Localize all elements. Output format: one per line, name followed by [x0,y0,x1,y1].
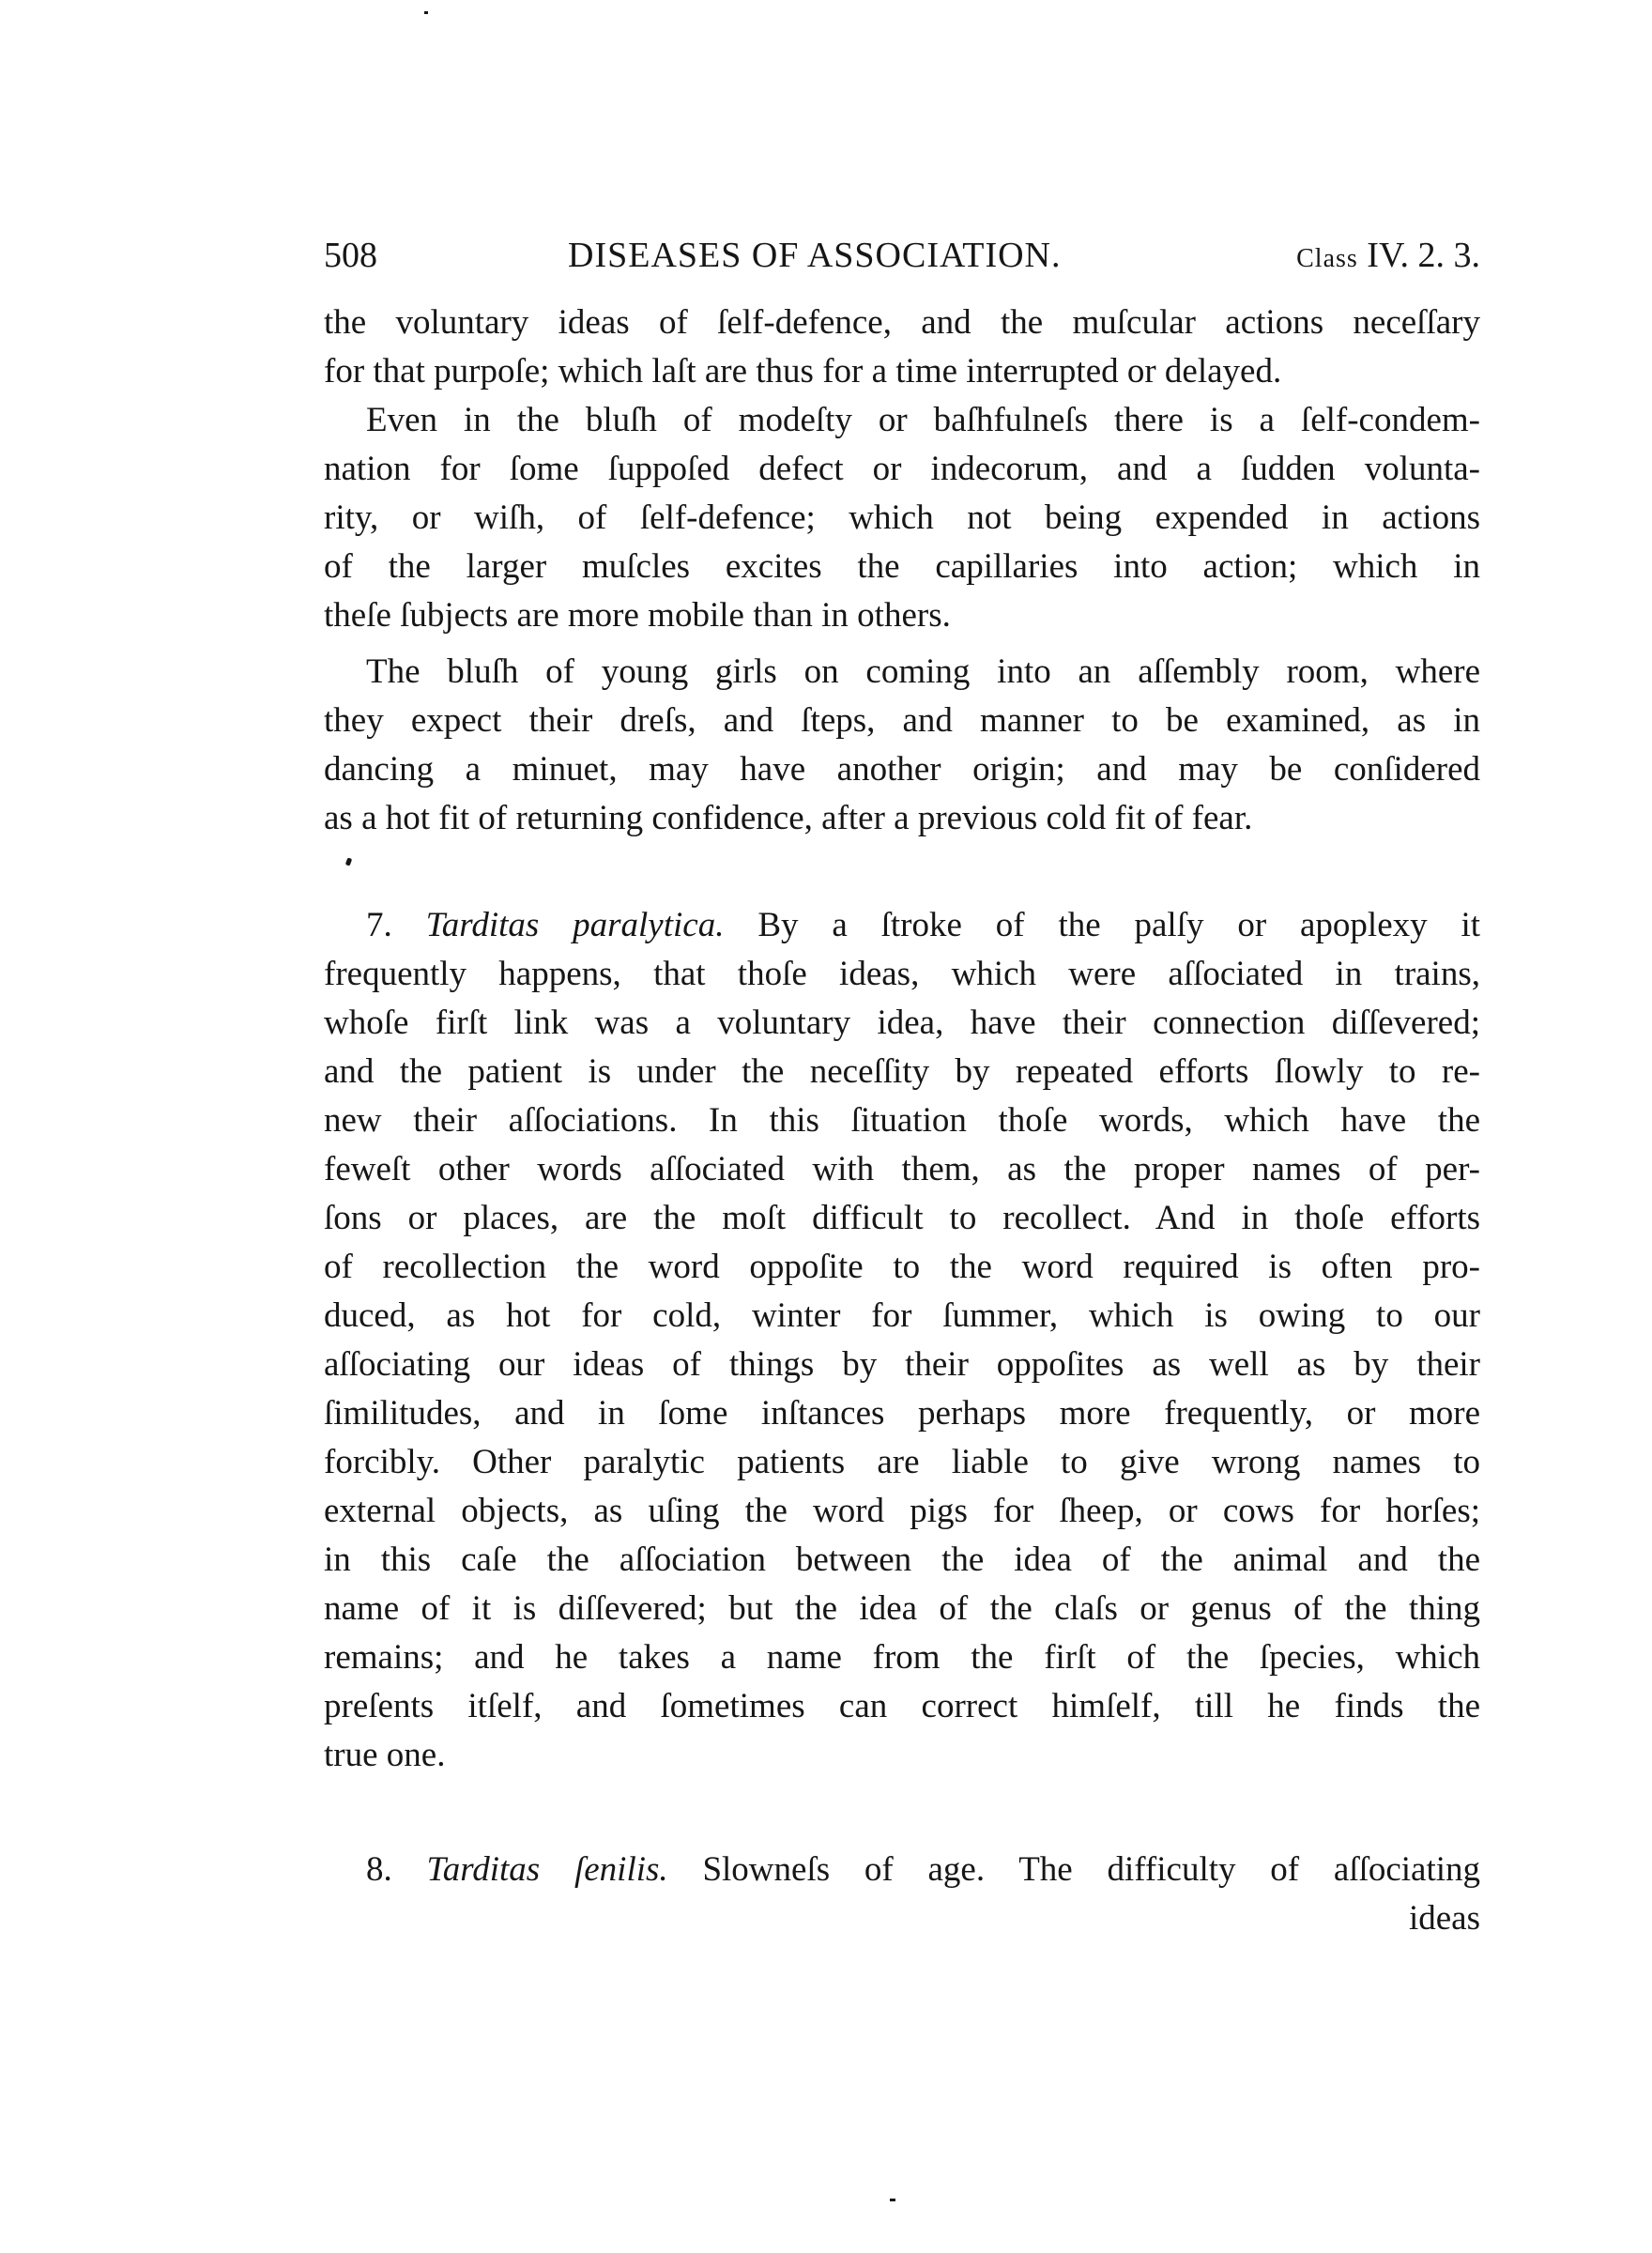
running-head: 508 DISEASES OF ASSOCIATION. Class IV. 2… [324,227,1480,284]
class-reference: Class IV. 2. 3. [1296,227,1480,287]
section-text: By a ſtroke of the palſy or apoplexy it [757,906,1480,944]
text-line: true one. [324,1731,1480,1780]
text-line: preſents itſelf, and ſometimes can corre… [324,1682,1480,1731]
text-line: external objects, as uſing the word pigs… [324,1487,1480,1536]
scan-speck-bottom [890,2199,895,2201]
catchword: ideas [324,1894,1480,1943]
section-text: Slowneſs of age. The difficulty of aſſoc… [702,1850,1480,1889]
text-line: and the patient is under the neceſſity b… [324,1048,1480,1096]
text-line: for that purpoſe; which laſt are thus fo… [324,347,1480,396]
text-line: ſons or places, are the moſt difficult t… [324,1194,1480,1243]
section-number: 8. [366,1850,392,1889]
text-line: Even in the bluſh of modeſty or baſhfuln… [366,396,1480,445]
text-line: rity, or wiſh, of ſelf-defence; which no… [324,494,1480,543]
section-first-line: 8. Tarditas ſenilis. Slowneſs of age. Th… [366,1846,1480,1894]
page-number: 508 [324,227,377,284]
text-line: dancing a minuet, may have another origi… [324,745,1480,794]
class-label: Class [1296,244,1358,273]
class-number: IV. 2. 3. [1367,236,1480,275]
text-line: frequently happens, that thoſe ideas, wh… [324,950,1480,999]
text-line: remains; and he takes a name from the fi… [324,1633,1480,1682]
text-line: as a hot fit of returning confidence, af… [324,794,1480,843]
text-line: of recollection the word oppoſite to the… [324,1243,1480,1292]
section-first-line: 7. Tarditas paralytica. By a ſtroke of t… [366,901,1480,950]
scan-speck-mid [345,857,352,866]
text-line: aſſociating our ideas of things by their… [324,1341,1480,1389]
section-number: 7. [366,906,392,944]
text-line: in this caſe the aſſociation between the… [324,1536,1480,1585]
text-line: they expect their dreſs, and ſteps, and … [324,697,1480,745]
text-line: forcibly. Other paralytic patients are l… [324,1438,1480,1487]
chapter-title: DISEASES OF ASSOCIATION. [568,227,1061,284]
text-line: the voluntary ideas of ſelf-defence, and… [324,299,1480,347]
section-term: Tarditas paralytica. [426,906,725,944]
book-page: 508 DISEASES OF ASSOCIATION. Class IV. 2… [0,0,1652,2253]
text-line: feweſt other words aſſociated with them,… [324,1145,1480,1194]
text-line: new their aſſociations. In this ſituatio… [324,1096,1480,1145]
text-line: The bluſh of young girls on coming into … [366,648,1480,697]
text-line: whoſe firſt link was a voluntary idea, h… [324,999,1480,1048]
text-line: ſimilitudes, and in ſome inſtances perha… [324,1389,1480,1438]
text-line: of the larger muſcles excites the capill… [324,543,1480,591]
text-line: nation for ſome ſuppoſed defect or indec… [324,445,1480,494]
text-line: name of it is diſſevered; but the idea o… [324,1585,1480,1633]
scan-speck-top [424,11,428,14]
section-term: Tarditas ſenilis. [427,1850,668,1889]
text-line: duced, as hot for cold, winter for ſumme… [324,1292,1480,1341]
text-line: theſe ſubjects are more mobile than in o… [324,591,1480,640]
